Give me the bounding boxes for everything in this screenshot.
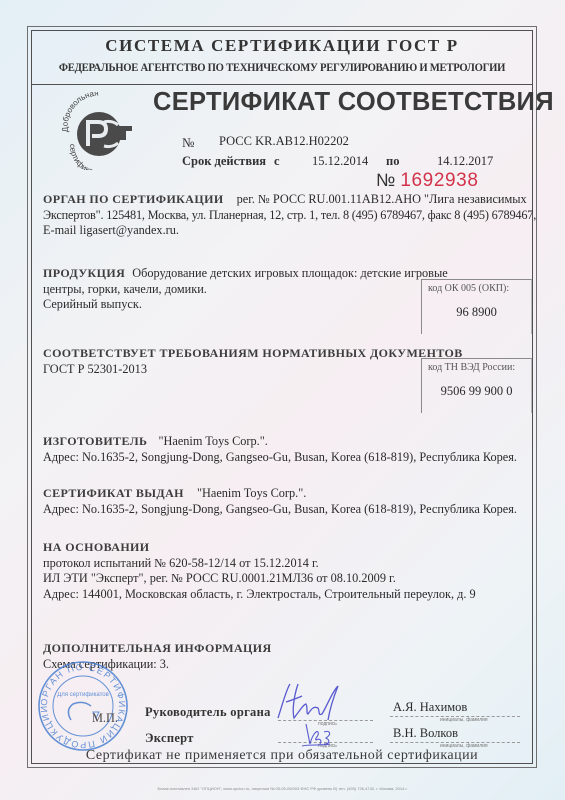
standards-heading: СООТВЕТСТВУЕТ ТРЕБОВАНИЯМ НОРМАТИВНЫХ ДО… xyxy=(43,346,463,360)
stamp-place-label: М.П. xyxy=(92,711,118,727)
system-title: СИСТЕМА СЕРТИФИКАЦИИ ГОСТ Р xyxy=(31,36,533,56)
issued-to-name: "Haenim Toys Corp.". xyxy=(197,486,306,500)
issued-to-heading: СЕРТИФИКАТ ВЫДАН xyxy=(43,486,184,500)
certification-body-heading: ОРГАН ПО СЕРТИФИКАЦИИ xyxy=(43,192,224,206)
validity-label: Срок действия xyxy=(182,154,266,169)
basis-heading: НА ОСНОВАНИИ xyxy=(43,540,150,554)
basis-line-1: протокол испытаний № 620-58-12/14 от 15.… xyxy=(43,556,319,570)
standards-section: СООТВЕТСТВУЕТ ТРЕБОВАНИЯМ НОРМАТИВНЫХ ДО… xyxy=(43,346,463,377)
standards-document: ГОСТ Р 52301-2013 xyxy=(43,362,147,376)
validity-to-label: по xyxy=(386,154,399,169)
head-name: А.Я. Нахимов xyxy=(393,700,467,716)
expert-role-label: Эксперт xyxy=(145,731,194,746)
registration-number-label: № xyxy=(182,135,194,151)
blank-number: № 1692938 xyxy=(376,170,479,192)
validity-from-label: с xyxy=(274,154,280,169)
blank-number-label: № xyxy=(376,170,395,190)
product-line-3: Серийный выпуск. xyxy=(43,297,142,311)
expert-name: В.Н. Волков xyxy=(393,726,458,742)
manufacturer-section: ИЗГОТОВИТЕЛЬ "Haenim Toys Corp.". Адрес:… xyxy=(43,434,517,465)
validity-from-date: 15.12.2014 xyxy=(312,154,368,169)
head-name-caption: инициалы, фамилия xyxy=(440,717,488,723)
okp-code-value: 96 8900 xyxy=(422,305,531,320)
registration-number: РОСС KR.AB12.H02202 xyxy=(219,134,349,149)
certification-body-section: ОРГАН ПО СЕРТИФИКАЦИИ рег. № РОСС RU.001… xyxy=(43,192,536,239)
rst-logo-icon: Добровольная сертификация xyxy=(58,92,140,170)
agency-title: ФЕДЕРАЛЬНОЕ АГЕНТСТВО ПО ТЕХНИЧЕСКОМУ РЕ… xyxy=(51,61,513,74)
okp-code-caption: код ОК 005 (ОКП): xyxy=(428,283,509,294)
manufacturer-heading: ИЗГОТОВИТЕЛЬ xyxy=(43,434,147,448)
expert-signature-icon xyxy=(300,722,336,748)
header-divider xyxy=(31,84,533,85)
manufacturer-name: "Haenim Toys Corp.". xyxy=(158,434,267,448)
product-line-1: Оборудование детских игровых площадок: д… xyxy=(132,266,447,280)
voluntary-certification-note: Сертификат не применяется при обязательн… xyxy=(31,748,533,764)
head-signature-icon xyxy=(272,680,344,722)
tnved-code-value: 9506 99 900 0 xyxy=(422,384,531,399)
okp-code-box: код ОК 005 (ОКП): 96 8900 xyxy=(421,279,532,334)
tnved-code-box: код ТН ВЭД России: 9506 99 900 0 xyxy=(421,358,532,413)
certification-body-line-2: Экспертов". 125481, Москва, ул. Планерна… xyxy=(43,208,536,222)
additional-info-heading: ДОПОЛНИТЕЛЬНАЯ ИНФОРМАЦИЯ xyxy=(43,641,272,655)
product-line-2: центры, горки, качели, домики. xyxy=(43,282,207,296)
validity-to-date: 14.12.2017 xyxy=(437,154,493,169)
certification-body-line-3: E-mail ligasert@yandex.ru. xyxy=(43,223,179,237)
printer-imprint: Бланк изготовлен ЗАО "ОПЦИОН", www.opcio… xyxy=(0,786,565,791)
basis-line-2: ИЛ ЭТИ "Эксперт", рег. № РОСС RU.0001.21… xyxy=(43,571,396,585)
manufacturer-address: Адрес: No.1635-2, Songjung-Dong, Gangseo… xyxy=(43,450,517,464)
product-heading: ПРОДУКЦИЯ xyxy=(43,266,125,280)
head-role-label: Руководитель органа xyxy=(145,705,271,720)
certificate-title: СЕРТИФИКАТ СООТВЕТСТВИЯ xyxy=(153,88,554,117)
official-stamp-icon: ОРГАН ПО СЕРТИФИКАЦИИ ПРОДУКЦИИ Для серт… xyxy=(37,660,129,752)
basis-line-3: Адрес: 144001, Московская область, г. Эл… xyxy=(43,587,476,601)
basis-section: НА ОСНОВАНИИ протокол испытаний № 620-58… xyxy=(43,540,476,602)
tnved-code-caption: код ТН ВЭД России: xyxy=(428,362,515,373)
certification-body-line-1: рег. № РОСС RU.001.11AB12.АНО "Лига неза… xyxy=(237,192,527,206)
blank-number-value: 1692938 xyxy=(400,170,478,191)
issued-to-section: СЕРТИФИКАТ ВЫДАН "Haenim Toys Corp.". Ад… xyxy=(43,486,517,517)
issued-to-address: Адрес: No.1635-2, Songjung-Dong, Gangseo… xyxy=(43,502,517,516)
product-section: ПРОДУКЦИЯ Оборудование детских игровых п… xyxy=(43,266,448,313)
svg-text:Для сертификатов: Для сертификатов xyxy=(57,692,109,698)
